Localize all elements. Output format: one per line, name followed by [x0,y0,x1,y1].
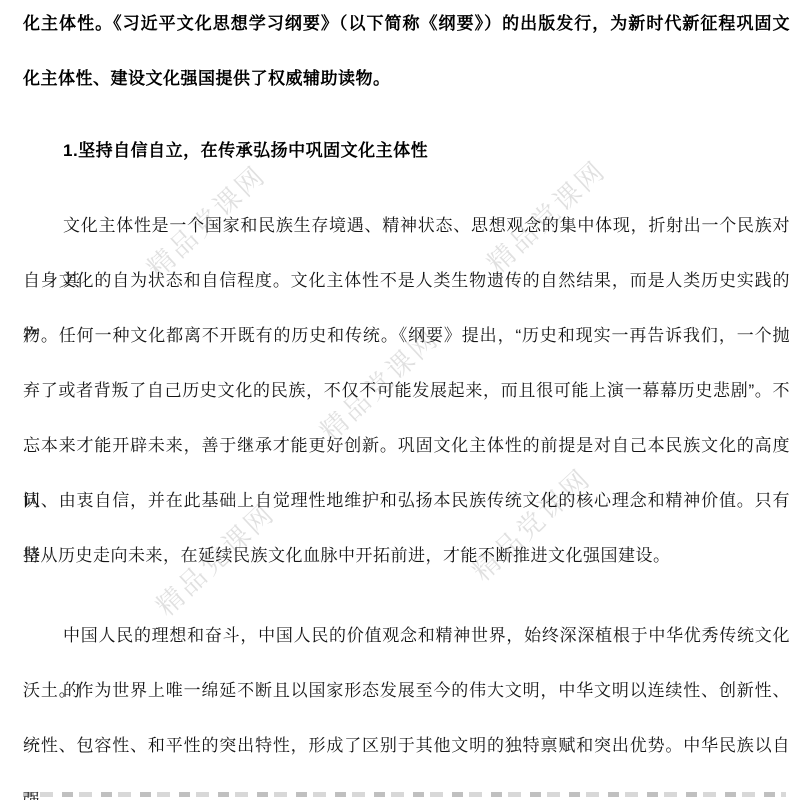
text-line: 化主体性、建设文化强国提供了权威辅助读物。 [23,51,790,106]
clipped-text-line [23,792,786,797]
section-heading: 1.坚持自信自立，在传承弘扬中巩固文化主体性 [23,123,790,178]
heading-text: 1.坚持自信自立，在传承弘扬中巩固文化主体性 [23,123,790,178]
text-line: 文化主体性是一个国家和民族生存境遇、精神状态、思想观念的集中体现，折射出一个民族… [23,198,790,253]
text-line: 自身文化的自为状态和自信程度。文化主体性不是人类生物遗传的自然结果，而是人类历史… [23,253,790,308]
text-line: 中国人民的理想和奋斗，中国人民的价值观念和精神世界，始终深深植根于中华优秀传统文… [23,608,790,663]
intro-paragraph: 化主体性。《习近平文化思想学习纲要》（以下简称《纲要》）的出版发行，为新时代新征… [23,0,790,106]
text-line: 忘本来才能开辟未来，善于继承才能更好创新。巩固文化主体性的前提是对自己本民族文化… [23,418,790,473]
text-line: 持从历史走向未来，在延续民族文化血脉中开拓前进，才能不断推进文化强国建设。 [23,528,790,583]
text-line: 同、由衷自信，并在此基础上自觉理性地维护和弘扬本民族传统文化的核心理念和精神价值… [23,473,790,528]
document-body: 化主体性。《习近平文化思想学习纲要》（以下简称《纲要》）的出版发行，为新时代新征… [23,0,790,773]
text-line: 一性、包容性、和平性的突出特性，形成了区别于其他文明的独特禀赋和突出优势。中华民… [23,718,790,773]
text-line: 弃了或者背叛了自己历史文化的民族，不仅不可能发展起来，而且很可能上演一幕幕历史悲… [23,363,790,418]
document-page: 精品党课网 精品党课网 精品党课网 精品党课网 精品党课网 化主体性。《习近平文… [0,0,800,800]
paragraph-1: 文化主体性是一个国家和民族生存境遇、精神状态、思想观念的集中体现，折射出一个民族… [23,198,790,583]
text-line: 化主体性。《习近平文化思想学习纲要》（以下简称《纲要》）的出版发行，为新时代新征… [23,0,790,51]
paragraph-2: 中国人民的理想和奋斗，中国人民的价值观念和精神世界，始终深深植根于中华优秀传统文… [23,608,790,773]
text-line: 沃土。作为世界上唯一绵延不断且以国家形态发展至今的伟大文明，中华文明以连续性、创… [23,663,790,718]
text-line: 物。任何一种文化都离不开既有的历史和传统。《纲要》提出，“历史和现实一再告诉我们… [23,308,790,363]
